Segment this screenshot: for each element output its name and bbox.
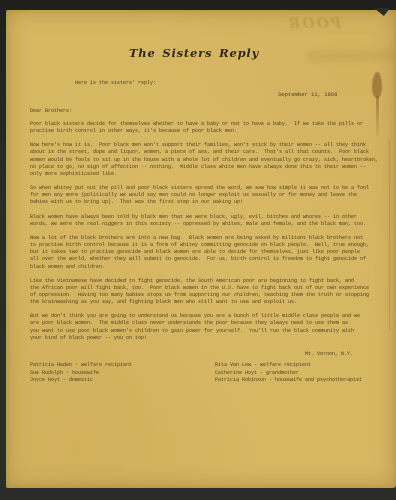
paragraph: Now a lot of the black brothers are into… [30, 235, 382, 271]
letter-page: POOR The Sisters Reply Here is the siste… [6, 10, 396, 488]
letter-body: Poor black sisters decide for themselves… [30, 121, 382, 342]
ink-stain-drip [376, 96, 379, 136]
date-line: September 11, 1968 [278, 91, 337, 98]
paragraph: Black women have always been told by bla… [30, 214, 382, 228]
paragraph: Poor black sisters decide for themselves… [30, 121, 382, 135]
ghost-bleed-text: POOR [234, 16, 394, 32]
salutation: Dear Brothers: [30, 108, 72, 114]
scan-background: POOR The Sisters Reply Here is the siste… [0, 0, 396, 500]
intro-line: Here is the sisters' reply: [75, 80, 156, 86]
paragraph: But we don't think you are going to unde… [30, 313, 382, 342]
paragraph: So when whitey put out the pill and poor… [30, 185, 382, 206]
closing-location: Mt. Vernon, N.Y. [305, 351, 353, 357]
paper-crease [389, 140, 390, 330]
paragraph: Like the Vietnamese have decided to figh… [30, 278, 382, 307]
signature-column-right: Rita Van Lew - welfare recipient Catheri… [215, 362, 362, 385]
paragraph: Now here's how it is. Poor black men won… [30, 142, 382, 178]
letter-title: The Sisters Reply [6, 46, 396, 60]
signature-column-left: Patricia Haden - welfare recipient Sue R… [30, 362, 132, 385]
ink-stain [372, 72, 382, 98]
